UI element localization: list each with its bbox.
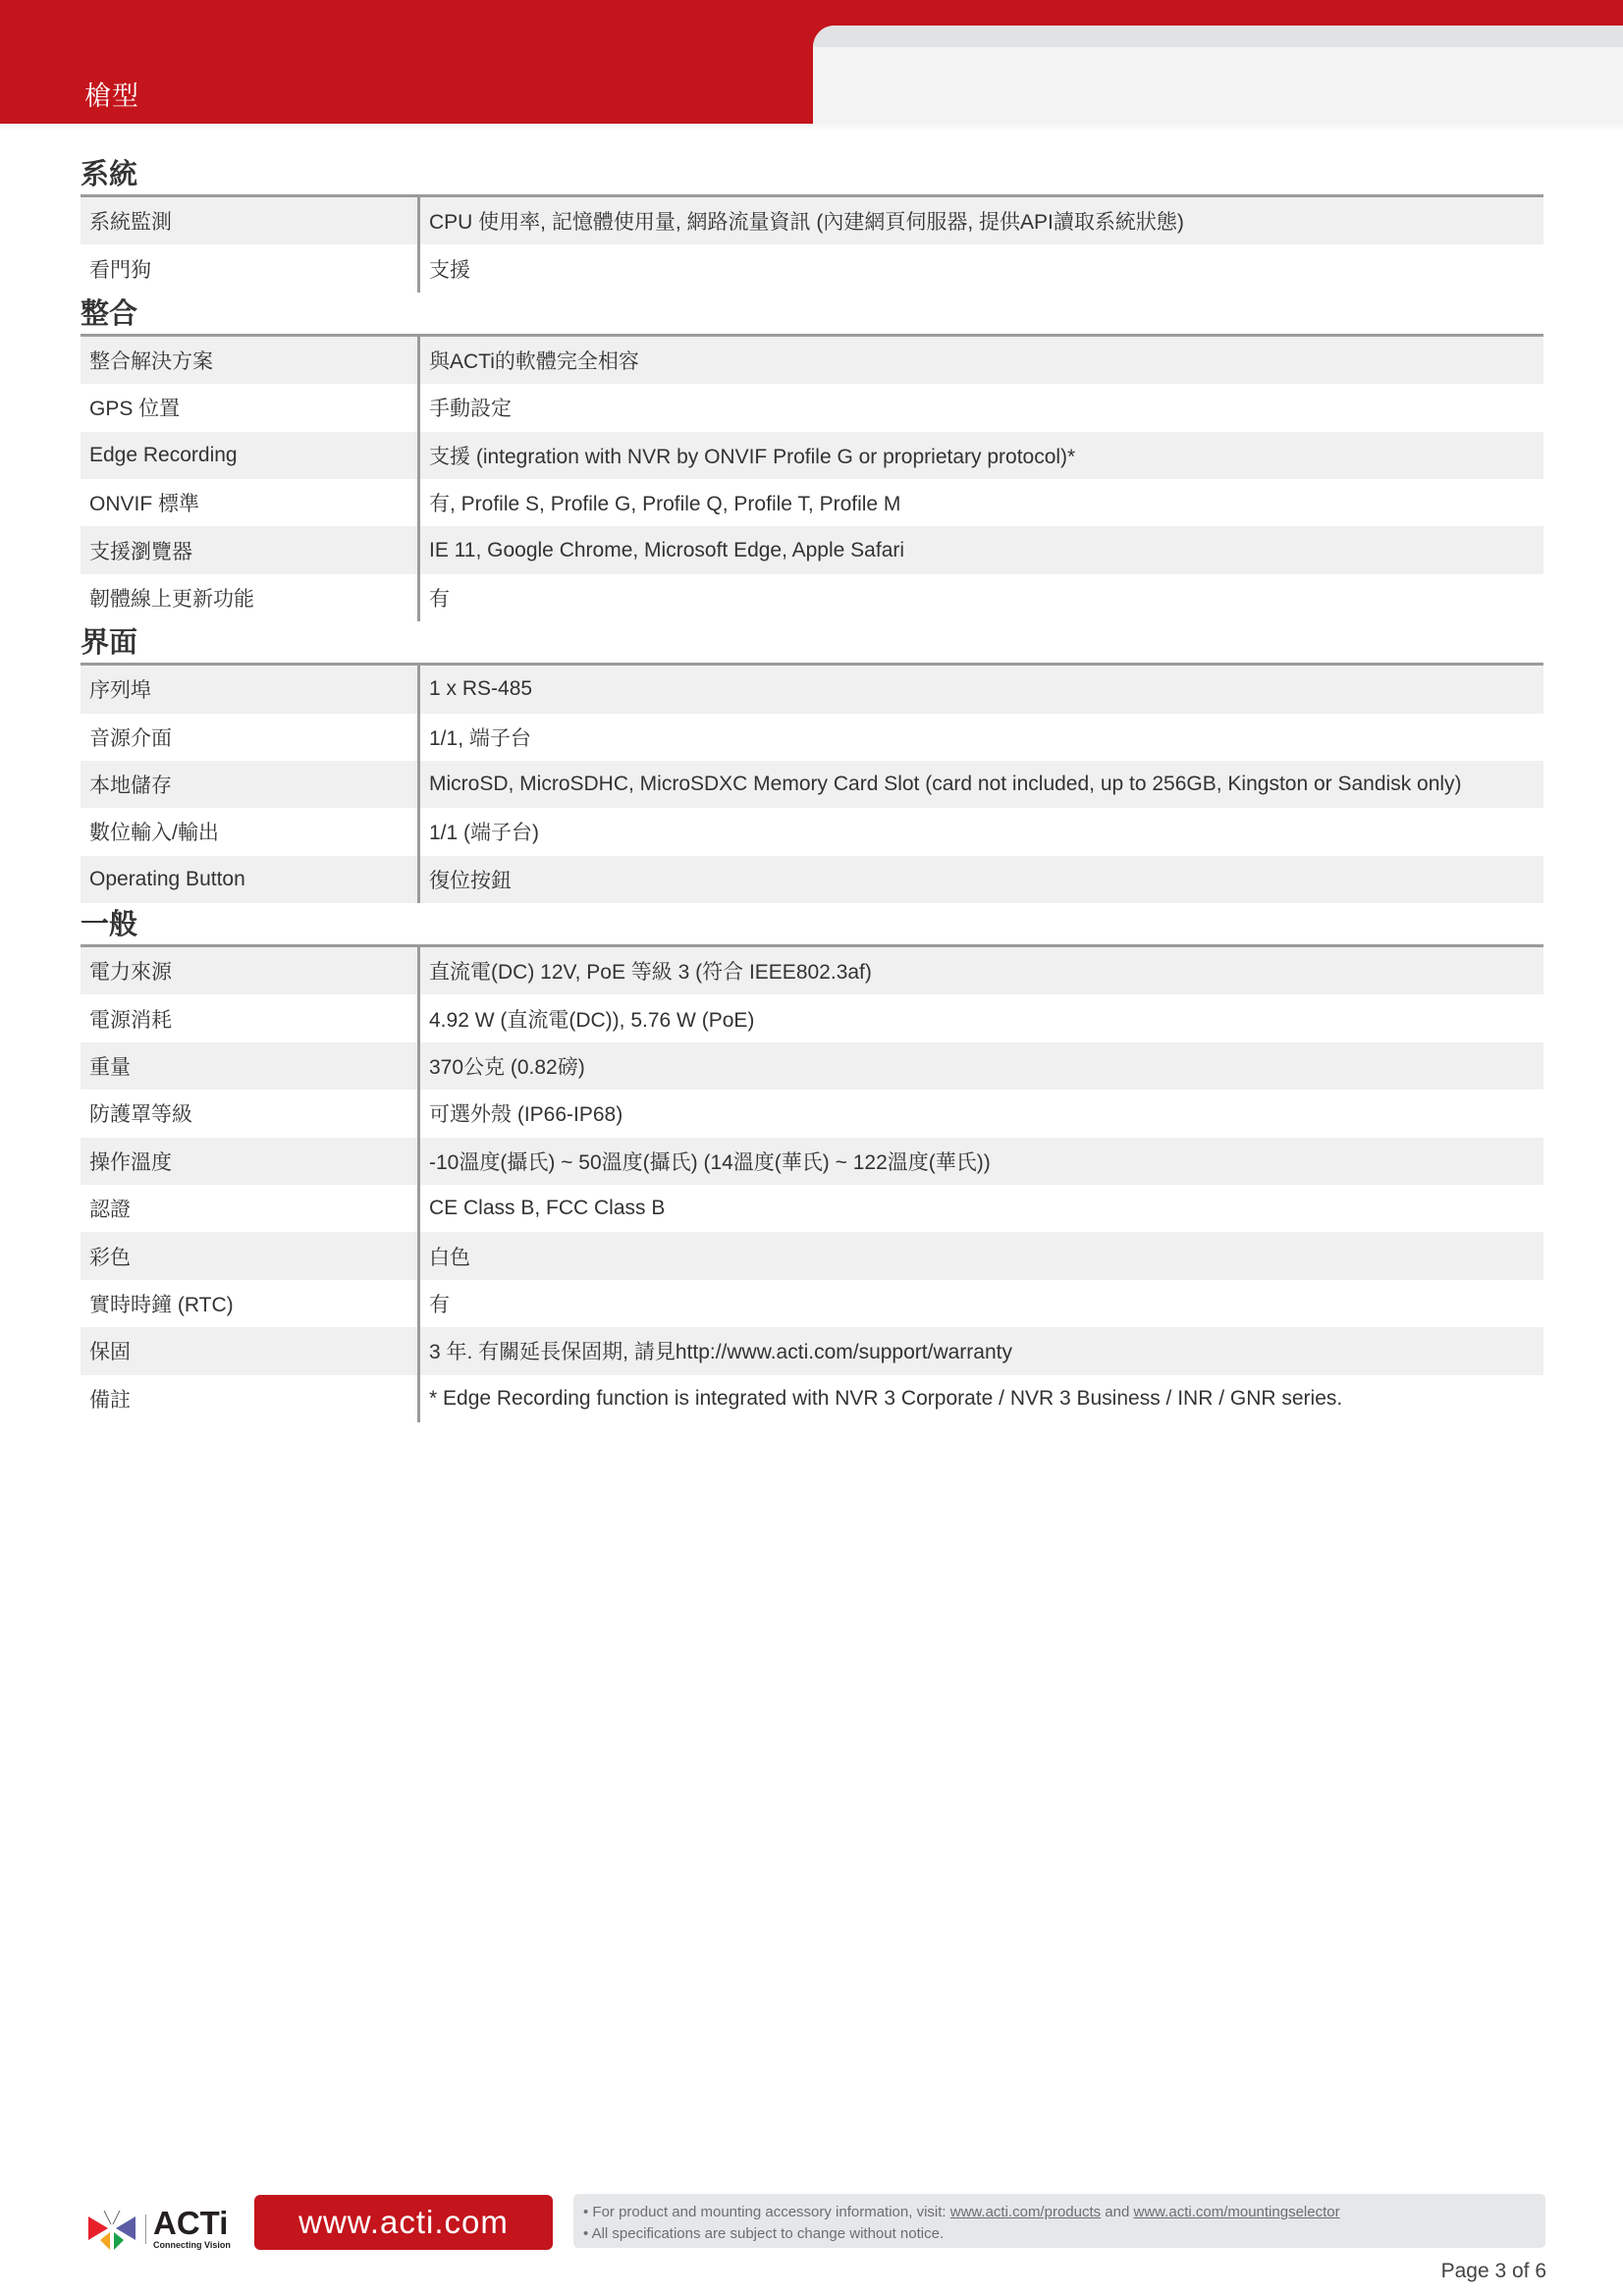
spec-value: 支援 (417, 244, 1543, 292)
spec-table: 電力來源 直流電(DC) 12V, PoE 等級 3 (符合 IEEE802.3… (81, 947, 1543, 1422)
table-row: 支援瀏覽器 IE 11, Google Chrome, Microsoft Ed… (81, 526, 1543, 573)
spec-table: 整合解決方案 與ACTi的軟體完全相容 GPS 位置 手動設定 Edge Rec… (81, 337, 1543, 621)
spec-label: 保固 (81, 1336, 417, 1365)
spec-label: 重量 (81, 1051, 417, 1081)
spec-value: 有, Profile S, Profile G, Profile Q, Prof… (417, 479, 1543, 526)
page-footer: ACTi Connecting Vision www.acti.com • Fo… (0, 2189, 1623, 2296)
table-row: GPS 位置 手動設定 (81, 384, 1543, 431)
table-row: 備註 * Edge Recording function is integrat… (81, 1375, 1543, 1422)
spec-label: ONVIF 標準 (81, 488, 417, 517)
table-row: 電力來源 直流電(DC) 12V, PoE 等級 3 (符合 IEEE802.3… (81, 947, 1543, 994)
notice-text: and (1101, 2204, 1133, 2220)
spec-value: IE 11, Google Chrome, Microsoft Edge, Ap… (417, 526, 1543, 573)
spec-value: CE Class B, FCC Class B (417, 1185, 1543, 1232)
spec-label: 音源介面 (81, 722, 417, 752)
spec-value: -10溫度(攝氏) ~ 50溫度(攝氏) (14溫度(華氏) ~ 122溫度(華… (417, 1138, 1543, 1185)
section-interface: 界面 序列埠 1 x RS-485 音源介面 1/1, 端子台 本地儲存 Mic… (81, 623, 1543, 903)
spec-value: 有 (417, 574, 1543, 621)
spec-label: 電源消耗 (81, 1004, 417, 1034)
table-row: 操作溫度 -10溫度(攝氏) ~ 50溫度(攝氏) (14溫度(華氏) ~ 12… (81, 1138, 1543, 1185)
section-title: 整合 (81, 294, 1543, 334)
table-row: Edge Recording 支援 (integration with NVR … (81, 432, 1543, 479)
header-shadow (0, 124, 1623, 132)
table-row: 韌體線上更新功能 有 (81, 574, 1543, 621)
spec-value: * Edge Recording function is integrated … (417, 1375, 1543, 1422)
acti-logo[interactable]: ACTi Connecting Vision (86, 2207, 243, 2256)
page-header: 槍型 (0, 0, 1623, 124)
spec-value: 支援 (integration with NVR by ONVIF Profil… (417, 432, 1543, 479)
products-link[interactable]: www.acti.com/products (950, 2204, 1101, 2220)
spec-value: 1 x RS-485 (417, 666, 1543, 713)
table-row: 認證 CE Class B, FCC Class B (81, 1185, 1543, 1232)
spec-value: 手動設定 (417, 384, 1543, 431)
spec-value: 復位按鈕 (417, 856, 1543, 903)
spec-label: 系統監測 (81, 206, 417, 236)
spec-value: 3 年. 有關延長保固期, 請見http://www.acti.com/supp… (417, 1327, 1543, 1374)
table-row: 重量 370公克 (0.82磅) (81, 1042, 1543, 1090)
spec-label: 本地儲存 (81, 770, 417, 799)
table-row: 數位輸入/輸出 1/1 (端子台) (81, 808, 1543, 855)
table-row: 音源介面 1/1, 端子台 (81, 714, 1543, 761)
spec-value: 370公克 (0.82磅) (417, 1042, 1543, 1090)
table-row: ONVIF 標準 有, Profile S, Profile G, Profil… (81, 479, 1543, 526)
table-row: 電源消耗 4.92 W (直流電(DC)), 5.76 W (PoE) (81, 994, 1543, 1041)
spec-value: 1/1 (端子台) (417, 808, 1543, 855)
spec-label: 支援瀏覽器 (81, 536, 417, 565)
mounting-selector-link[interactable]: www.acti.com/mountingselector (1134, 2204, 1340, 2220)
spec-label: 韌體線上更新功能 (81, 583, 417, 613)
spec-label: 數位輸入/輸出 (81, 817, 417, 846)
spec-value: MicroSD, MicroSDHC, MicroSDXC Memory Car… (417, 761, 1543, 808)
table-row: 序列埠 1 x RS-485 (81, 666, 1543, 713)
spec-label: 實時時鐘 (RTC) (81, 1289, 417, 1318)
section-general: 一般 電力來源 直流電(DC) 12V, PoE 等級 3 (符合 IEEE80… (81, 905, 1543, 1422)
spec-table: 序列埠 1 x RS-485 音源介面 1/1, 端子台 本地儲存 MicroS… (81, 666, 1543, 903)
spec-label: GPS 位置 (81, 393, 417, 422)
notice-line-2: • All specifications are subject to chan… (583, 2223, 1545, 2245)
spec-value: 與ACTi的軟體完全相容 (417, 337, 1543, 384)
spec-value: 4.92 W (直流電(DC)), 5.76 W (PoE) (417, 994, 1543, 1041)
spec-label: 電力來源 (81, 956, 417, 986)
table-row: 看門狗 支援 (81, 244, 1543, 292)
spec-label: Operating Button (81, 868, 417, 891)
section-system: 系統 系統監測 CPU 使用率, 記憶體使用量, 網路流量資訊 (內建網頁伺服器… (81, 155, 1543, 293)
notice-box: • For product and mounting accessory inf… (573, 2194, 1545, 2248)
spec-label: 看門狗 (81, 254, 417, 284)
header-grey-panel (813, 26, 1623, 124)
table-row: 整合解決方案 與ACTi的軟體完全相容 (81, 337, 1543, 384)
spec-content: 系統 系統監測 CPU 使用率, 記憶體使用量, 網路流量資訊 (內建網頁伺服器… (81, 155, 1543, 1424)
notice-line-1: • For product and mounting accessory inf… (583, 2202, 1545, 2223)
logo-wordmark: ACTi (153, 2205, 228, 2242)
spec-label: 序列埠 (81, 674, 417, 704)
spec-value: 可選外殼 (IP66-IP68) (417, 1090, 1543, 1137)
table-row: 防護罩等級 可選外殼 (IP66-IP68) (81, 1090, 1543, 1137)
spec-value: 有 (417, 1280, 1543, 1327)
website-button[interactable]: www.acti.com (254, 2195, 553, 2250)
spec-value: CPU 使用率, 記憶體使用量, 網路流量資訊 (內建網頁伺服器, 提供API讀… (417, 197, 1543, 244)
section-title: 一般 (81, 905, 1543, 944)
table-row: 保固 3 年. 有關延長保固期, 請見http://www.acti.com/s… (81, 1327, 1543, 1374)
table-row: 彩色 白色 (81, 1232, 1543, 1279)
section-title: 界面 (81, 623, 1543, 663)
header-panel-strip (813, 26, 1623, 47)
logo-tagline: Connecting Vision (153, 2240, 231, 2250)
page-title: 槍型 (84, 75, 139, 113)
spec-label: Edge Recording (81, 444, 417, 467)
table-row: 系統監測 CPU 使用率, 記憶體使用量, 網路流量資訊 (內建網頁伺服器, 提… (81, 197, 1543, 244)
spec-label: 操作溫度 (81, 1147, 417, 1176)
spec-value: 1/1, 端子台 (417, 714, 1543, 761)
notice-text: • For product and mounting accessory inf… (583, 2204, 950, 2220)
spec-label: 整合解決方案 (81, 346, 417, 375)
table-row: 本地儲存 MicroSD, MicroSDHC, MicroSDXC Memor… (81, 761, 1543, 808)
table-row: 實時時鐘 (RTC) 有 (81, 1280, 1543, 1327)
page-number: Page 3 of 6 (1441, 2260, 1546, 2283)
spec-table: 系統監測 CPU 使用率, 記憶體使用量, 網路流量資訊 (內建網頁伺服器, 提… (81, 197, 1543, 293)
spec-label: 備註 (81, 1384, 417, 1414)
spec-label: 認證 (81, 1194, 417, 1223)
butterfly-logo-icon (86, 2207, 137, 2252)
spec-value: 白色 (417, 1232, 1543, 1279)
section-title: 系統 (81, 155, 1543, 194)
spec-label: 彩色 (81, 1242, 417, 1271)
spec-value: 直流電(DC) 12V, PoE 等級 3 (符合 IEEE802.3af) (417, 947, 1543, 994)
section-integration: 整合 整合解決方案 與ACTi的軟體完全相容 GPS 位置 手動設定 Edge … (81, 294, 1543, 621)
table-row: Operating Button 復位按鈕 (81, 856, 1543, 903)
logo-divider (145, 2215, 146, 2244)
spec-label: 防護罩等級 (81, 1098, 417, 1128)
